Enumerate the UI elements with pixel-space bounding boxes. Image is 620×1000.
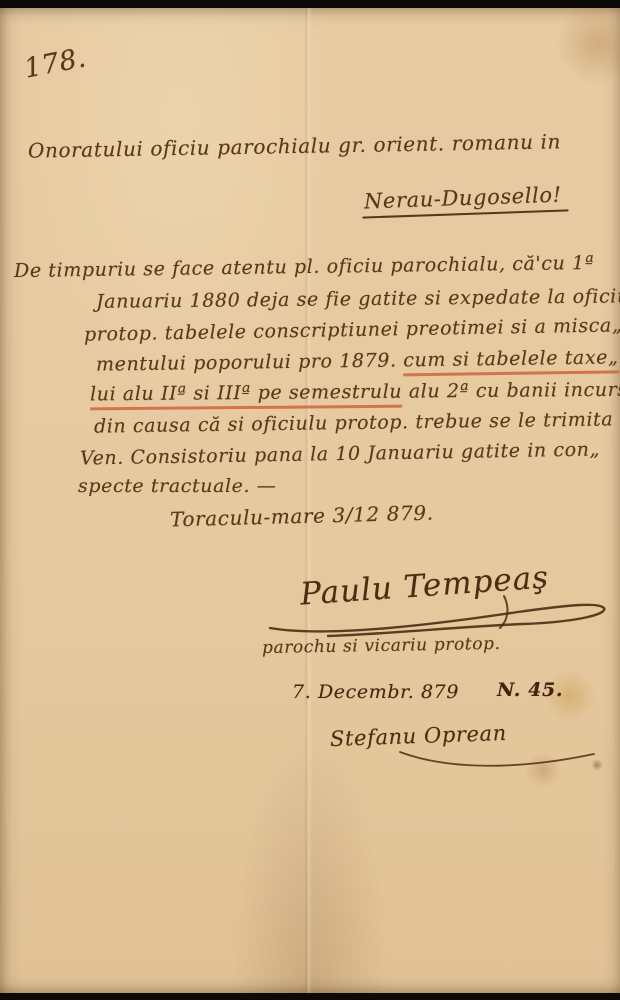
body-line-6: din causa că si oficiulu protop. trebue … [94, 408, 614, 437]
registration-date: 7. Decembr. 879 [292, 681, 459, 703]
body-line-4: mentului poporului pro 1879. cum si tabe… [96, 346, 619, 375]
body-line-8: specte tractuale. — [78, 475, 276, 497]
secondary-signature: Stefanu Oprean [330, 721, 508, 751]
body-line-4-red-underlined: cum si tabelele taxe„ [403, 346, 619, 376]
secondary-signature-flourish-icon [398, 744, 598, 772]
salutation-line: Onoratului oficiu parochialu gr. orient.… [28, 129, 561, 162]
body-line-1: De timpuriu se face atentu pl. oficiu pa… [14, 252, 595, 282]
body-line-5-plain: alu 2ª cu banii incursi [402, 379, 620, 403]
body-line-4-plain: mentului poporului pro 1879. [96, 349, 404, 375]
place-date-line: Toraculu-mare 3/12 879. [170, 501, 434, 532]
body-line-2: Januariu 1880 deja se fie gatite si expe… [96, 285, 620, 313]
scan-edge-bottom [0, 993, 620, 1000]
primary-signature: Paulu Tempeaş [299, 559, 550, 612]
paper-sheet: 178. Onoratului oficiu parochialu gr. or… [0, 8, 620, 993]
addressee-line: Nerau-Dugosello! [362, 182, 569, 218]
body-line-5: lui alu IIª si IIIª pe semestrulu alu 2ª… [90, 379, 620, 406]
scanned-letter: 178. Onoratului oficiu parochialu gr. or… [0, 0, 620, 1000]
body-line-3: protop. tabelele conscriptiunei preotime… [84, 314, 620, 345]
primary-signature-title: parochu si vicariu protop. [262, 634, 501, 658]
body-line-7: Ven. Consistoriu pana la 10 Januariu gat… [80, 438, 600, 469]
archive-number: 178. [22, 42, 89, 84]
scan-edge-top [0, 0, 620, 8]
body-line-5-red-underlined: lui alu IIª si IIIª pe semestrulu [90, 381, 402, 411]
registration-number: N. 45. [497, 679, 563, 701]
